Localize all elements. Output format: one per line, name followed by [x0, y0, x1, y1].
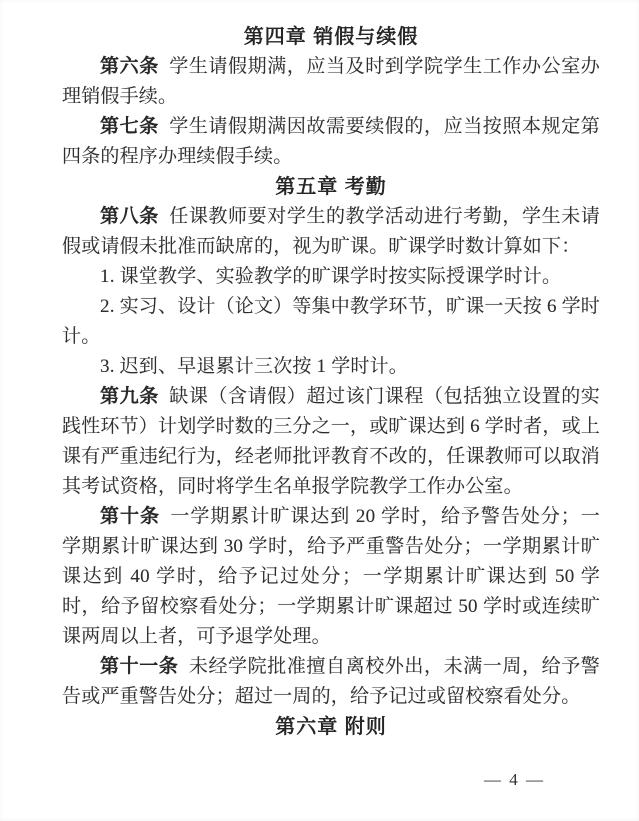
chapter-heading: 第五章 考勤	[62, 172, 600, 202]
article-paragraph: 第六条学生请假期满，应当及时到学院学生工作办公室办理销假手续。	[62, 52, 600, 112]
document-page: 第四章 销假与续假第六条学生请假期满，应当及时到学院学生工作办公室办理销假手续。…	[0, 0, 639, 821]
list-item: 3. 迟到、早退累计三次按 1 学时计。	[62, 352, 600, 382]
article-paragraph: 第八条任课教师要对学生的教学活动进行考勤，学生未请假或请假未批准而缺席的，视为旷…	[62, 202, 600, 262]
list-item: 2. 实习、设计（论文）等集中教学环节，旷课一天按 6 学时计。	[62, 292, 600, 352]
article-number: 第六条	[100, 56, 159, 77]
article-number: 第九条	[100, 386, 159, 407]
article-paragraph: 第九条缺课（含请假）超过该门课程（包括独立设置的实践性环节）计划学时数的三分之一…	[62, 382, 600, 502]
list-item: 1. 课堂教学、实验教学的旷课学时按实际授课学时计。	[62, 262, 600, 292]
article-paragraph: 第十一条未经学院批准擅自离校外出，未满一周，给予警告或严重警告处分；超过一周的，…	[62, 652, 600, 712]
article-number: 第十条	[100, 506, 160, 527]
page-footer: — 4 —	[484, 770, 545, 790]
article-paragraph: 第七条学生请假期满因故需要续假的，应当按照本规定第四条的程序办理续假手续。	[62, 112, 600, 172]
chapter-heading: 第六章 附则	[62, 712, 600, 742]
chapter-heading: 第四章 销假与续假	[62, 22, 600, 52]
article-text: 一学期累计旷课达到 20 学时，给予警告处分；一学期累计旷课达到 30 学时，给…	[62, 506, 600, 647]
article-number: 第八条	[100, 206, 159, 227]
page-number: — 4 —	[484, 770, 545, 789]
article-number: 第七条	[100, 116, 159, 137]
article-number: 第十一条	[100, 656, 178, 677]
document-body: 第四章 销假与续假第六条学生请假期满，应当及时到学院学生工作办公室办理销假手续。…	[62, 22, 600, 742]
article-paragraph: 第十条一学期累计旷课达到 20 学时，给予警告处分；一学期累计旷课达到 30 学…	[62, 502, 600, 652]
